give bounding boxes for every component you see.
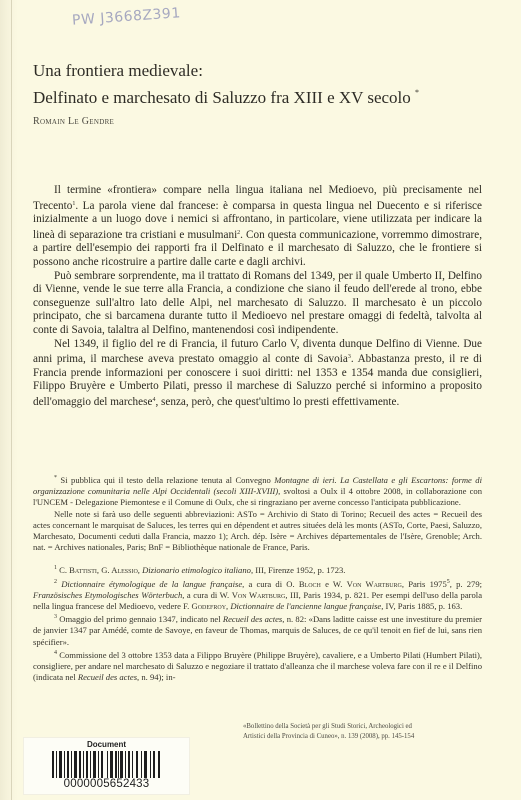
barcode-sticker: Document <box>23 737 190 795</box>
body-paragraph: Nel 1349, il figlio del re di Francia, i… <box>33 338 482 410</box>
body-paragraph: Il termine «frontiera» compare nella lin… <box>33 184 482 270</box>
handwritten-catalog-id: PW J3668Z391 <box>72 5 182 29</box>
footnote-3: 3 Omaggio del primo gennaio 1347, indica… <box>33 612 482 648</box>
footnote-gap <box>33 553 482 563</box>
page-binding-edge <box>0 0 18 800</box>
title-line-2: Delfinato e marchesato di Saluzzo fra XI… <box>33 82 419 109</box>
barcode-label-title: Document <box>24 740 189 749</box>
barcode-icon <box>52 751 160 778</box>
footnote-star: * Si pubblica qui il testo della relazio… <box>33 473 482 509</box>
body-paragraph: Può sembrare sorprendente, ma il trattat… <box>33 270 482 338</box>
article-body: Il termine «frontiera» compare nella lin… <box>33 184 482 410</box>
footnote-2: 2 Dictionnaire étymologique de la langue… <box>33 577 482 613</box>
footnotes: * Si pubblica qui il testo della relazio… <box>33 473 482 683</box>
barcode-number: 0000005652433 <box>24 778 189 790</box>
footnote-4: 4 Commissione del 3 ottobre 1353 data a … <box>33 648 482 684</box>
page-edge-line <box>11 0 12 800</box>
title-line-1: Una frontiera medievale: <box>33 60 419 82</box>
title-footnote-mark: * <box>415 88 419 97</box>
journal-citation: «Bollettino della Società per gli Studi … <box>243 722 493 742</box>
article-title: Una frontiera medievale: Delfinato e mar… <box>33 60 419 109</box>
article-author: Romain Le Gendre <box>33 116 114 127</box>
footnote-1: 1 C. Battisti, G. Alessio, Dizionario et… <box>33 563 482 576</box>
footnote-abbreviations: Nelle note si farà uso delle seguenti ab… <box>33 509 482 554</box>
